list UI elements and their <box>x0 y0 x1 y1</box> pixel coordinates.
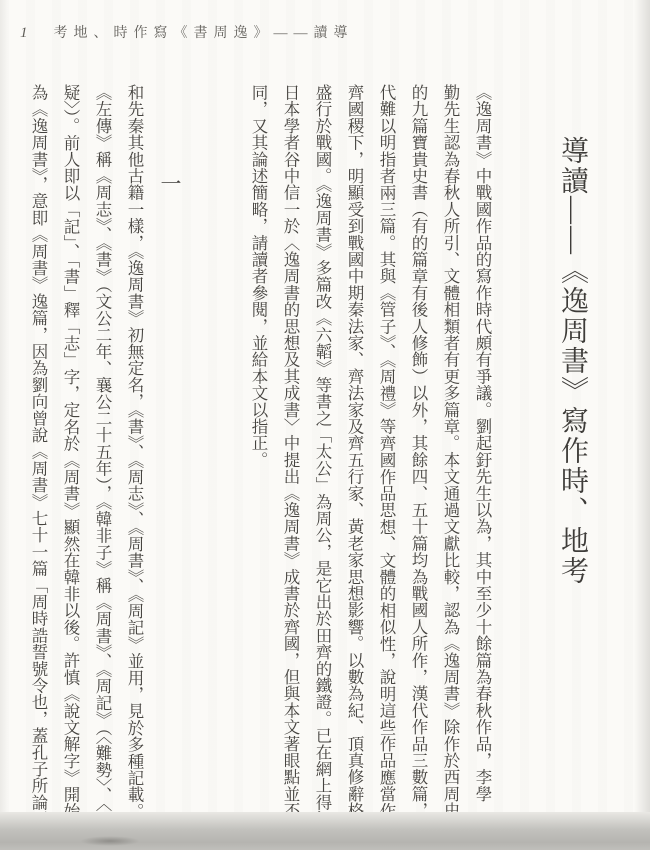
running-header-text: 考地、時作寫《書周逸》——讀導 <box>54 26 354 41</box>
text-column: 勤先生認為春秋人所引、文體相類者有更多篇章。本文通過文獻比較，認為《逸周書》除作… <box>434 84 466 836</box>
scan-left-edge <box>0 0 8 812</box>
text-column: 為《逸周書》，意即《周書》逸篇，因為劉向曾說《周書》七十一篇「周時誥誓號令也，蓋… <box>22 84 54 840</box>
text-column: 盛行於戰國。《逸周書》多篇改《六韜》等書之「太公」為周公，是它出於田齊的鐵證。已… <box>306 84 338 836</box>
book-page: 1考地、時作寫《書周逸》——讀導 導讀——《逸周書》寫作時、地考 《逸周書》中戰… <box>0 0 650 850</box>
scan-smudge <box>80 836 140 846</box>
text-column: 日本學者谷中信一於〈逸周書的思想及其成書〉中提出《逸周書》成書於齊國，但與本文著… <box>274 84 306 836</box>
text-column: 《逸周書》中戰國作品的寫作時代頗有爭議。劉起釪先生以為，其中至少十餘篇為春秋作品… <box>466 84 498 836</box>
text-column: 齊國稷下，明顯受到戰國中期秦法家、齊法家及齊五行家、黃老家思想影響。以數為紀、頂… <box>338 84 370 836</box>
scan-right-edge <box>634 0 650 812</box>
text-column: 同，又其論述簡略，請讀者參閱，並給本文以指正。 <box>242 84 274 836</box>
text-column: 和先秦其他古籍一樣，《逸周書》初無定名，《書》、《周志》、《周書》、《周記》並用… <box>118 84 150 840</box>
chapter-title: 導讀——《逸周書》寫作時、地考 <box>552 136 592 616</box>
text-column: 《左傳》稱《周志》、《書》（文公二年、襄公二十五年），《韓非子》稱《周書》、《周… <box>86 84 118 840</box>
paragraph-1: 《逸周書》中戰國作品的寫作時代頗有爭議。劉起釪先生以為，其中至少十餘篇為春秋作品… <box>242 84 498 836</box>
text-column: 的九篇寶貴史書（有的篇章有後人修飾）以外，其餘四、五十篇均為戰國人所作，漢代作品… <box>402 84 434 836</box>
text-column: 代難以明指者兩三篇。其與《管子》、《周禮》等齊國作品思想、文體的相似性，說明這些… <box>370 84 402 836</box>
section-marker: 一 <box>154 168 188 198</box>
paragraph-2: 和先秦其他古籍一樣，《逸周書》初無定名，《書》、《周志》、《周書》、《周記》並用… <box>22 84 150 840</box>
page-number: 1 <box>20 25 28 41</box>
running-header: 1考地、時作寫《書周逸》——讀導 <box>20 22 354 42</box>
text-column: 疑〉）。前人即以「記」、「書」釋「志」字，定名於《周書》顯然在韓非以後。許慎《說… <box>54 84 86 840</box>
